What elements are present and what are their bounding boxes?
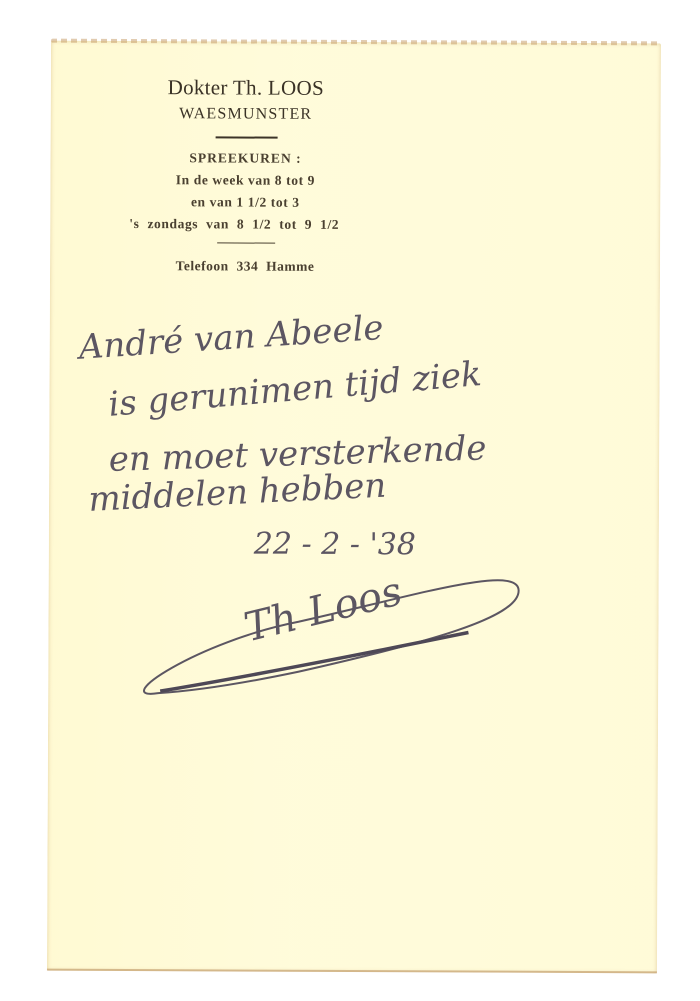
handwritten-lines: André van Abeele is gerunimen tijd ziek … <box>74 307 488 563</box>
handwritten-date: 22 - 2 - '38 <box>253 527 416 563</box>
paper-sheet: Dokter Th. LOOS WAESMUNSTER SPREEKUREN :… <box>47 41 661 974</box>
handwritten-note: André van Abeele is gerunimen tijd ziek … <box>47 41 661 974</box>
signature: Th Loos <box>144 567 519 695</box>
signature-text: Th Loos <box>240 568 407 651</box>
signature-underline-icon <box>160 631 468 692</box>
handwritten-line-2: is gerunimen tijd ziek <box>107 354 483 425</box>
handwritten-line-1: André van Abeele <box>75 308 385 368</box>
